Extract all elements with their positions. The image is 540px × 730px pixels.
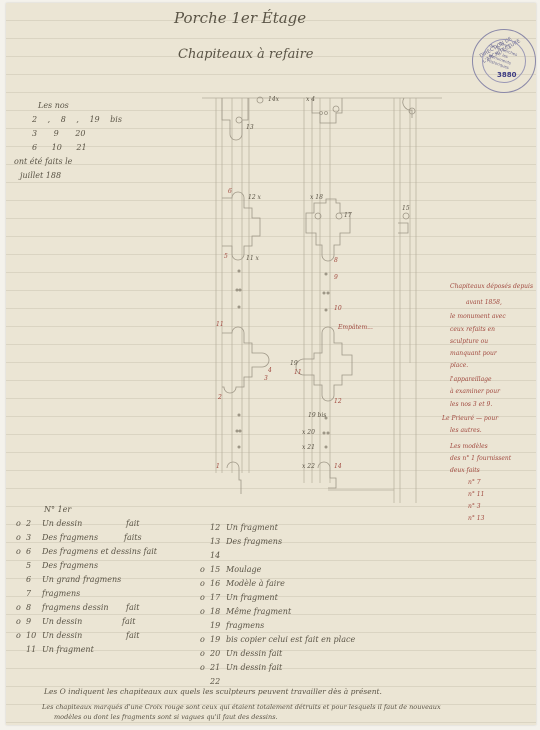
list-item: 19fragmens xyxy=(200,621,264,630)
list-item: o15Moulage xyxy=(200,565,261,574)
list-item: o3Des fragmensfaits xyxy=(16,533,98,542)
list-item: o2Un dessinfait xyxy=(16,519,82,528)
footer-line-3: modèles ou dont les fragments sont si va… xyxy=(54,713,278,721)
list-item: o6Des fragmens et dessins fait xyxy=(16,547,157,556)
list-item: o16Modèle à faire xyxy=(200,579,285,588)
list-item: 12Un fragment xyxy=(200,523,278,532)
list-item: 22 xyxy=(200,677,226,686)
list-item: o17Un fragment xyxy=(200,593,278,602)
list-item: 7fragmens xyxy=(16,589,80,598)
list-item: 14 xyxy=(200,551,226,560)
list-item: 6Un grand fragmens xyxy=(16,575,121,584)
list-item: 11Un fragment xyxy=(16,645,94,654)
footer-line-2: Les chapiteaux marqués d'une Croix rouge… xyxy=(42,703,441,711)
list-item: o9Un dessinfait xyxy=(16,617,82,626)
list-item: 13Des fragmens xyxy=(200,537,282,546)
list-item: o20Un dessin fait xyxy=(200,649,282,658)
list-item: o10Un dessinfait xyxy=(16,631,82,640)
list-item: o8fragmens dessinfait xyxy=(16,603,109,612)
list-item: o18Même fragment xyxy=(200,607,291,616)
list-item: 5Des fragmens xyxy=(16,561,98,570)
footer-line-1: Les O indiquent les chapiteaux aux quels… xyxy=(44,687,382,696)
list-item: o21Un dessin fait xyxy=(200,663,282,672)
list-heading: N° 1er xyxy=(44,505,71,514)
manuscript-sheet: Porche 1er Étage Chapiteaux à refaire DI… xyxy=(6,3,536,725)
list-item: o19bis copier celui est fait en place xyxy=(200,635,355,644)
